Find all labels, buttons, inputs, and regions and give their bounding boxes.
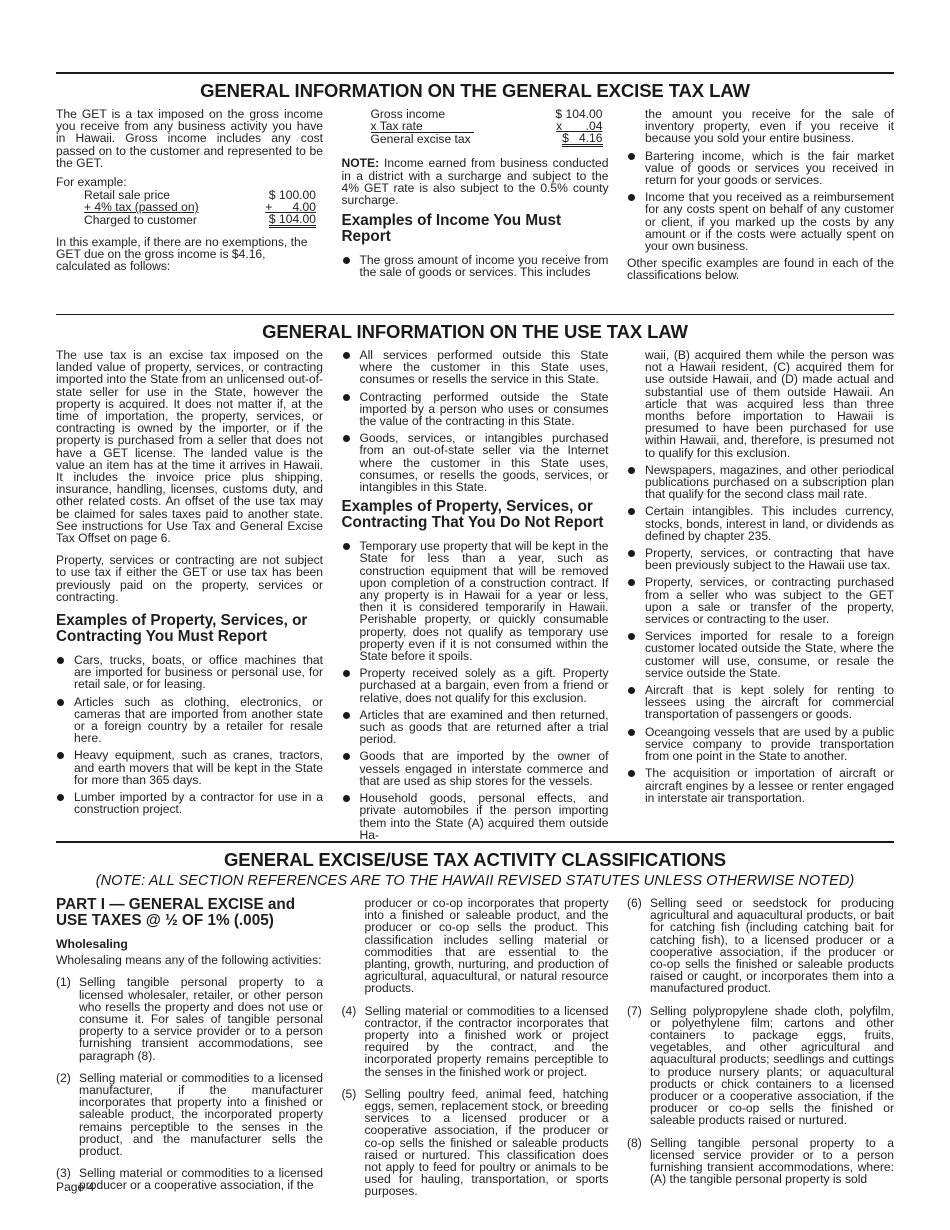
bullet-icon [57, 752, 64, 759]
bullet-icon [628, 687, 635, 694]
list-item: producer or co-op incorporates that prop… [342, 897, 609, 995]
income-examples-list-continued: the amount you receive for the sale of i… [627, 108, 894, 252]
list-item: Oceangoing vessels that are used by a pu… [627, 726, 894, 763]
wholesaling-list-continued-2: (6)Selling seed or seedstock for produci… [627, 897, 894, 1185]
classifications-subtitle: (NOTE: ALL SECTION REFERENCES ARE TO THE… [56, 873, 894, 889]
list-item: The gross amount of income you receive f… [342, 254, 609, 278]
example-row: Charged to customer $ 104.00 [84, 214, 316, 228]
get-column-1: The GET is a tax imposed on the gross in… [56, 108, 323, 314]
list-item: (7)Selling polypropylene shade cloth, po… [627, 1005, 894, 1127]
list-item: Temporary use property that will be kept… [342, 540, 609, 662]
get-section-columns: The GET is a tax imposed on the gross in… [56, 108, 894, 314]
list-item: (2)Selling material or commodities to a … [56, 1072, 323, 1157]
bullet-icon [343, 435, 350, 442]
list-item: Bartering income, which is the fair mark… [627, 150, 894, 187]
list-item: (8)Selling tangible personal property to… [627, 1137, 894, 1186]
example-table: Retail sale price $ 100.00 + 4% tax (pas… [84, 189, 316, 227]
bullet-icon [628, 633, 635, 640]
bullet-icon [628, 770, 635, 777]
bullet-icon [628, 579, 635, 586]
list-item: the amount you receive for the sale of i… [627, 108, 894, 145]
classifications-columns: PART I — GENERAL EXCISE and USE TAXES @ … [56, 897, 894, 1208]
bullet-icon [628, 508, 635, 515]
get-column-2: Gross income $ 104.00 x Tax rate x .04 G… [342, 108, 609, 314]
page-number: Page 4 [56, 1180, 94, 1194]
must-report-list-continued: All services performed outside this Stat… [342, 349, 609, 493]
class-column-1: PART I — GENERAL EXCISE and USE TAXES @ … [56, 897, 323, 1208]
use-intro-2: Property, services or contracting are no… [56, 554, 323, 603]
bullet-icon [343, 795, 350, 802]
wholesaling-list: (1)Selling tangible personal property to… [56, 976, 323, 1191]
list-item: Cars, trucks, boats, or office machines … [56, 654, 323, 691]
not-report-list-continued: waii, (B) acquired them while the person… [627, 349, 894, 804]
get-intro: The GET is a tax imposed on the gross in… [56, 108, 323, 169]
list-item: Goods that are imported by the owner of … [342, 750, 609, 787]
list-item: (5)Selling poultry feed, animal feed, ha… [342, 1088, 609, 1198]
use-section-columns: The use tax is an excise tax imposed on … [56, 349, 894, 841]
list-item: (6)Selling seed or seedstock for produci… [627, 897, 894, 995]
bullet-icon [628, 153, 635, 160]
list-item: Contracting performed outside the State … [342, 391, 609, 428]
list-item: Goods, services, or intangibles purchase… [342, 432, 609, 493]
class-column-2: producer or co-op incorporates that prop… [342, 897, 609, 1208]
part-heading: PART I — GENERAL EXCISE and USE TAXES @ … [56, 897, 323, 929]
list-item: (1)Selling tangible personal property to… [56, 976, 323, 1061]
calculation-table: Gross income $ 104.00 x Tax rate x .04 G… [371, 108, 603, 147]
list-item: Services imported for resale to a foreig… [627, 630, 894, 679]
get-column-3: the amount you receive for the sale of i… [627, 108, 894, 314]
use-section-title: GENERAL INFORMATION ON THE USE TAX LAW [56, 321, 894, 343]
list-item: All services performed outside this Stat… [342, 349, 609, 386]
list-item: (4)Selling material or commodities to a … [342, 1005, 609, 1078]
list-item: Articles that are examined and then retu… [342, 709, 609, 746]
list-item: (3)Selling material or commodities to a … [56, 1167, 323, 1191]
bullet-icon [343, 352, 350, 359]
wholesaling-intro: Wholesaling means any of the following a… [56, 954, 323, 966]
example-outro: In this example, if there are no exempti… [56, 236, 323, 273]
bullet-icon [343, 257, 350, 264]
bullet-icon [343, 543, 350, 550]
bullet-icon [628, 550, 635, 557]
list-item: Aircraft that is kept solely for renting… [627, 684, 894, 721]
classifications-title: GENERAL EXCISE/USE TAX ACTIVITY CLASSIFI… [56, 849, 894, 871]
list-item: Lumber imported by a contractor for use … [56, 791, 323, 815]
bullet-icon [343, 394, 350, 401]
wholesaling-heading: Wholesaling [56, 938, 323, 950]
section-divider [56, 72, 894, 74]
list-item: waii, (B) acquired them while the person… [627, 349, 894, 459]
list-item: Property, services, or contracting purch… [627, 576, 894, 625]
use-intro: The use tax is an excise tax imposed on … [56, 349, 323, 544]
bullet-icon [57, 794, 64, 801]
get-section-title: GENERAL INFORMATION ON THE GENERAL EXCIS… [56, 80, 894, 102]
list-item: Income that you received as a reimbursem… [627, 191, 894, 252]
bullet-icon [628, 467, 635, 474]
use-column-2: All services performed outside this Stat… [342, 349, 609, 841]
not-report-heading: Examples of Property, Services, or Contr… [342, 499, 609, 531]
list-item: The acquisition or importation of aircra… [627, 767, 894, 804]
bullet-icon [628, 729, 635, 736]
bullet-icon [343, 753, 350, 760]
must-report-list: Cars, trucks, boats, or office machines … [56, 654, 323, 815]
bullet-icon [628, 194, 635, 201]
income-examples-list: The gross amount of income you receive f… [342, 254, 609, 278]
income-examples-heading: Examples of Income You Must Report [342, 213, 609, 245]
list-item: Household goods, personal effects, and p… [342, 792, 609, 841]
calc-row: General excise tax $ 4.16 [371, 133, 603, 147]
list-item: Newspapers, magazines, and other periodi… [627, 464, 894, 501]
county-surcharge-note: NOTE: Income earned from business conduc… [342, 157, 609, 206]
list-item: Heavy equipment, such as cranes, tractor… [56, 749, 323, 786]
list-item: Certain intangibles. This includes curre… [627, 505, 894, 542]
not-report-list: Temporary use property that will be kept… [342, 540, 609, 841]
class-column-3: (6)Selling seed or seedstock for produci… [627, 897, 894, 1208]
list-item: Property, services, or contracting that … [627, 547, 894, 571]
wholesaling-list-continued: producer or co-op incorporates that prop… [342, 897, 609, 1198]
bullet-icon [57, 657, 64, 664]
use-column-3: waii, (B) acquired them while the person… [627, 349, 894, 841]
must-report-heading: Examples of Property, Services, or Contr… [56, 613, 323, 645]
list-item: Articles such as clothing, electronics, … [56, 696, 323, 745]
use-column-1: The use tax is an excise tax imposed on … [56, 349, 323, 841]
classification-reference: Other specific examples are found in eac… [627, 257, 894, 281]
bullet-icon [343, 712, 350, 719]
section-divider [56, 841, 894, 843]
document-page: GENERAL INFORMATION ON THE GENERAL EXCIS… [56, 72, 894, 1208]
example-label: For example: [56, 176, 323, 188]
bullet-icon [343, 670, 350, 677]
bullet-icon [57, 699, 64, 706]
section-divider [56, 314, 894, 315]
list-item: Property received solely as a gift. Prop… [342, 667, 609, 704]
